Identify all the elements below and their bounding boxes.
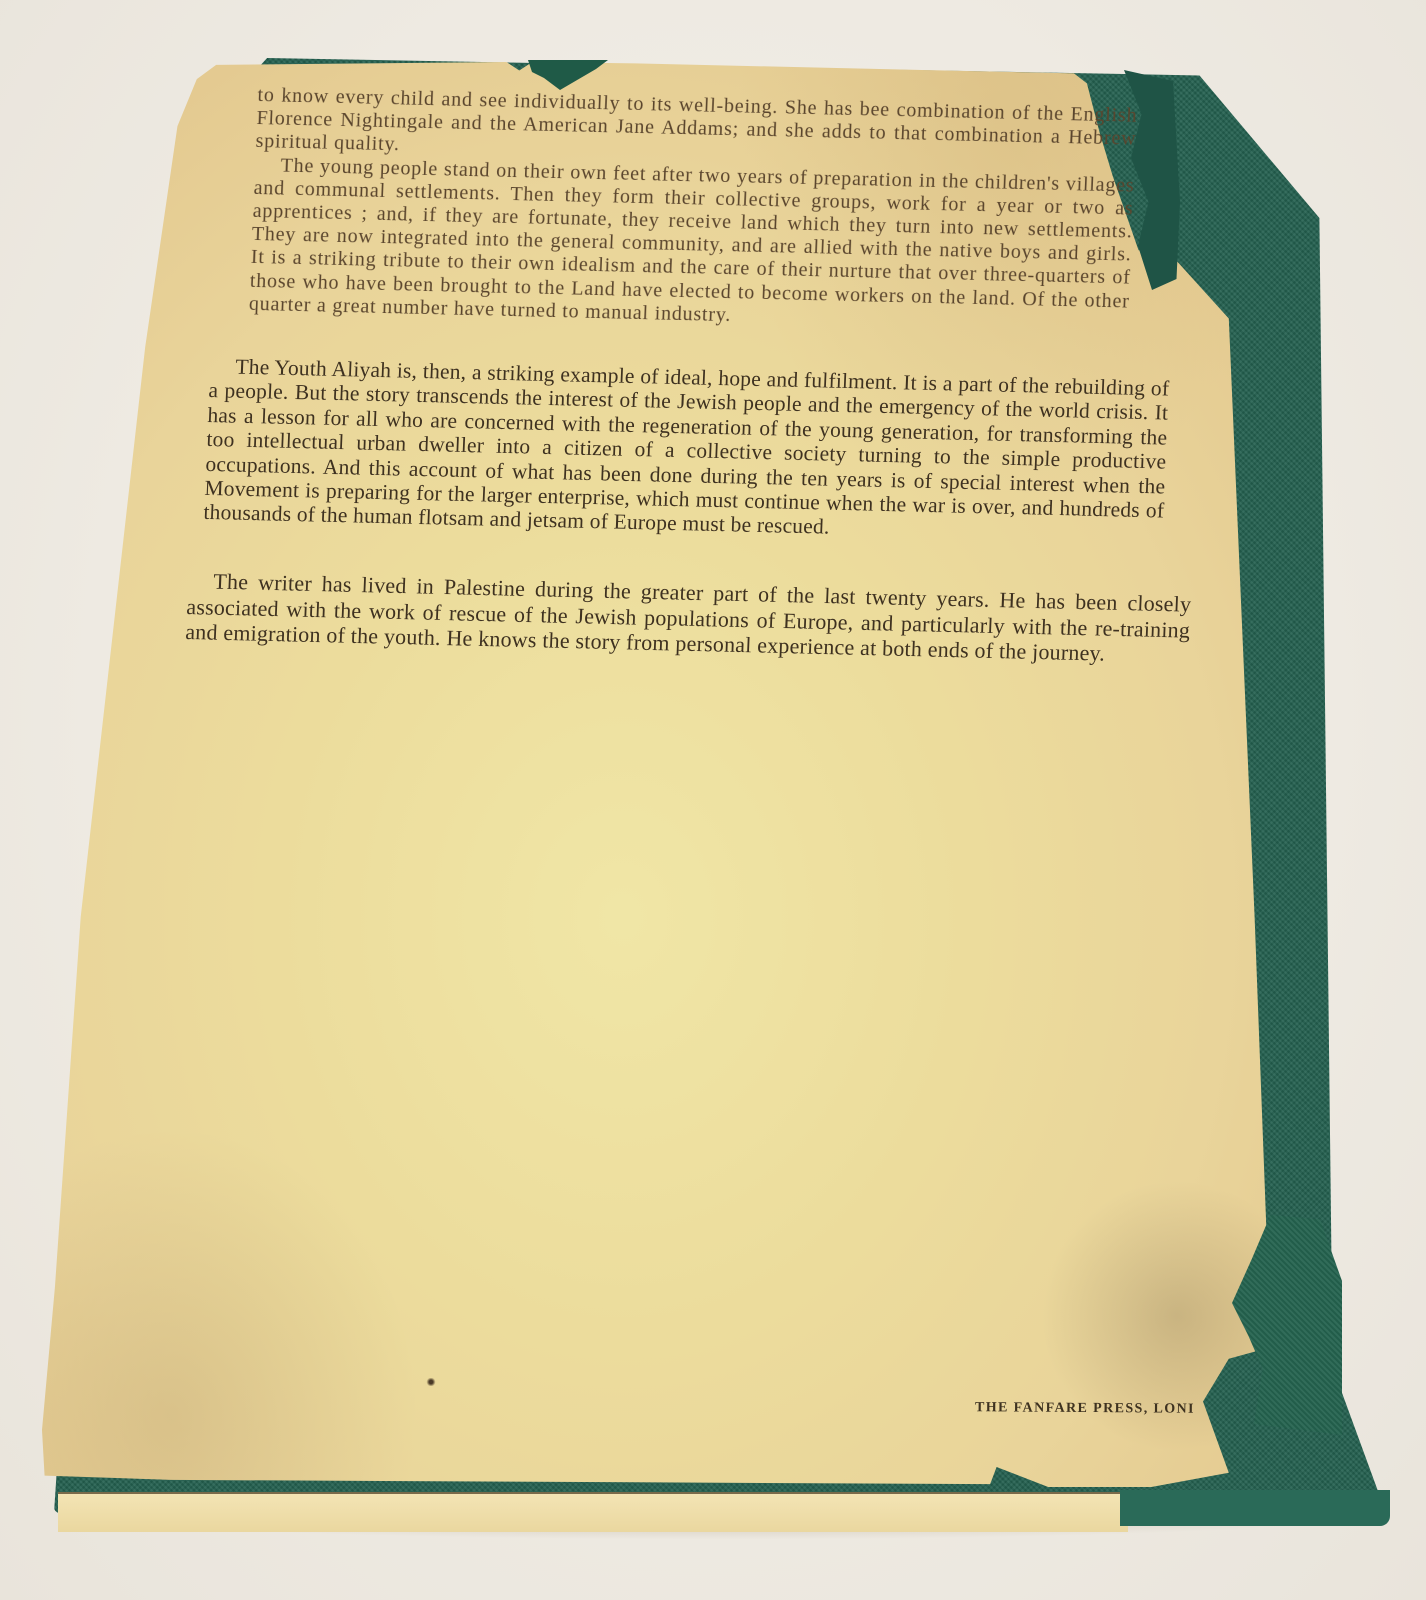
paragraph: The young people stand on their own feet… [248,154,1134,337]
jacket-text-upper: to know every child and see individually… [248,84,1137,337]
cloth-spine-bottom [1120,1490,1390,1526]
publisher-imprint: THE FANFARE PRESS, LONI [975,1400,1195,1418]
jacket-text-middle: The Youth Aliyah is, then, a striking ex… [203,354,1170,547]
paper-stain-mark [426,1378,436,1386]
paragraph: The Youth Aliyah is, then, a striking ex… [203,354,1170,547]
page-block-edge [58,1492,1128,1532]
